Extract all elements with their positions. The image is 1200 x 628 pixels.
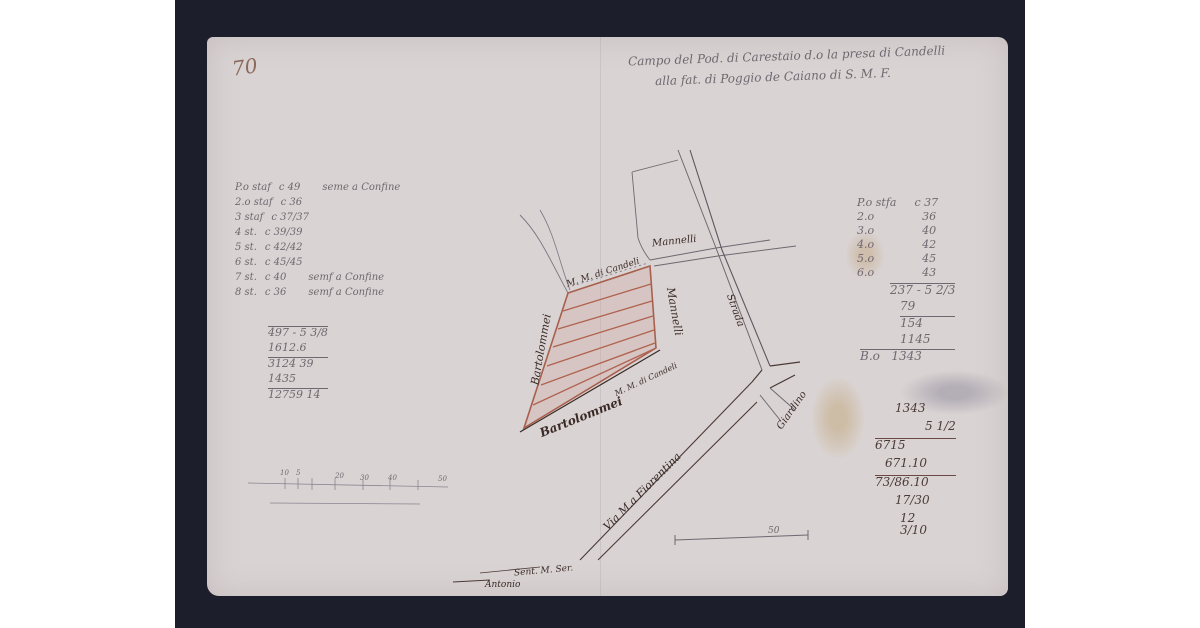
scale-tick: 5 [296, 470, 300, 477]
scale-bar-bottom-label: 50 [768, 527, 779, 536]
scale-tick: 20 [335, 473, 344, 480]
scale-tick: 30 [360, 475, 369, 482]
label-bottom-left-2: Antonio [485, 580, 520, 590]
scale-bar-left [248, 478, 448, 504]
plot-map-drawing [0, 0, 1200, 628]
scale-bar-bottom [675, 530, 808, 545]
scale-tick: 40 [388, 475, 397, 482]
scale-tick: 10 [280, 470, 289, 477]
scale-tick: 50 [438, 476, 447, 483]
